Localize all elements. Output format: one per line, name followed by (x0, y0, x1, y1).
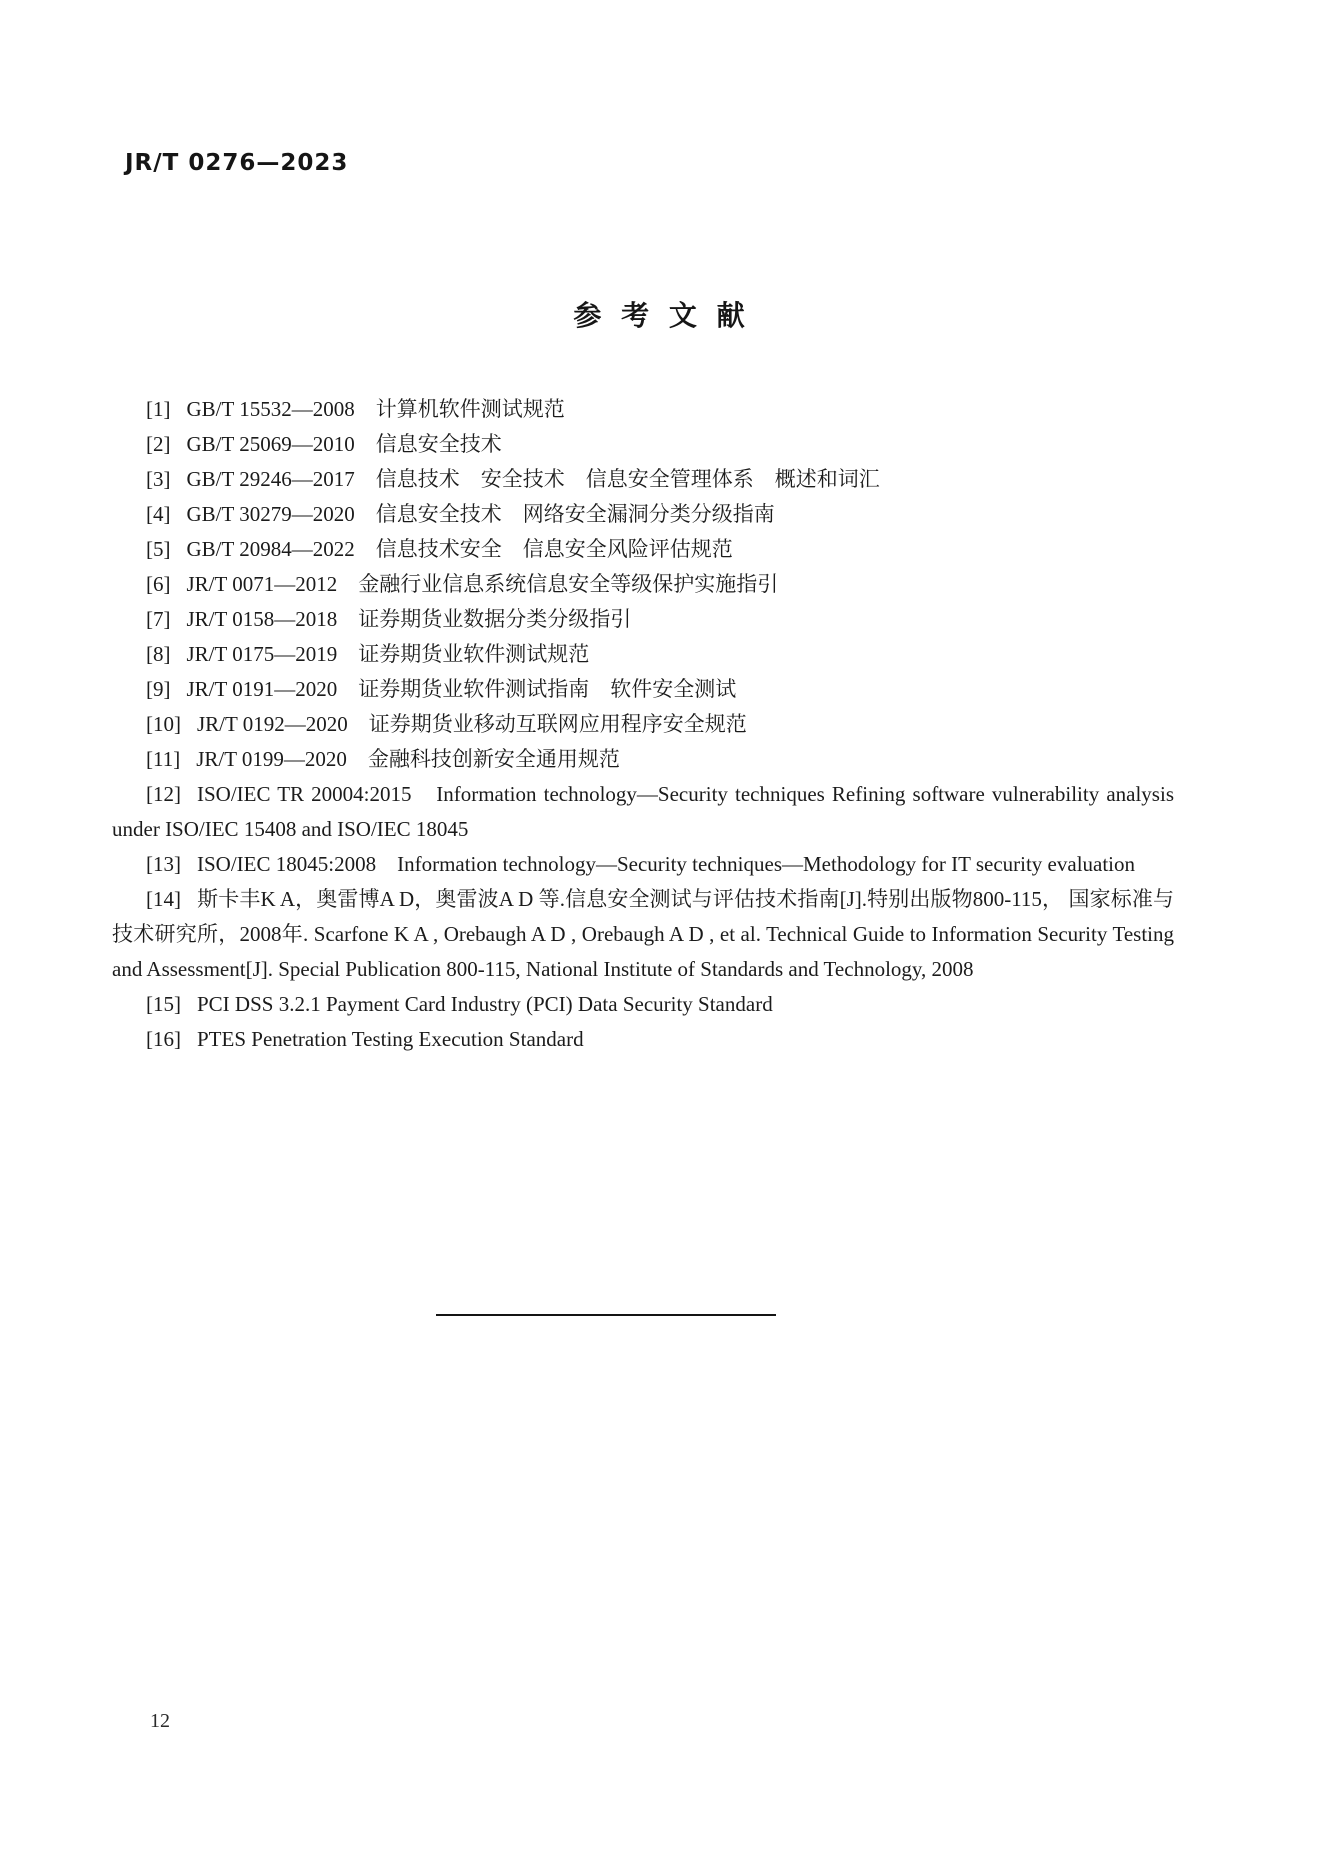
reference-label: [6] (146, 572, 171, 596)
reference-text: GB/T 29246—2017 信息技术 安全技术 信息安全管理体系 概述和词汇 (187, 467, 880, 491)
reference-label: [16] (146, 1027, 181, 1051)
reference-label: [15] (146, 992, 181, 1016)
reference-entry: [14]斯卡丰K A，奥雷博A D，奥雷波A D 等.信息安全测试与评估技术指南… (112, 882, 1174, 987)
standard-number-header: JR/T 0276—2023 (125, 150, 348, 176)
reference-text: JR/T 0158—2018 证券期货业数据分类分级指引 (187, 607, 632, 631)
reference-label: [13] (146, 852, 181, 876)
reference-label: [2] (146, 432, 171, 456)
reference-entry: [1]GB/T 15532—2008 计算机软件测试规范 (112, 392, 1174, 427)
reference-label: [8] (146, 642, 171, 666)
reference-label: [11] (146, 747, 180, 771)
reference-entry: [9]JR/T 0191—2020 证券期货业软件测试指南 软件安全测试 (112, 672, 1174, 707)
reference-label: [1] (146, 397, 171, 421)
reference-label: [7] (146, 607, 171, 631)
reference-label: [9] (146, 677, 171, 701)
reference-entry: [11]JR/T 0199—2020 金融科技创新安全通用规范 (112, 742, 1174, 777)
reference-entry: [6]JR/T 0071—2012 金融行业信息系统信息安全等级保护实施指引 (112, 567, 1174, 602)
reference-text: ISO/IEC 18045:2008 Information technolog… (197, 852, 1135, 876)
reference-text: PCI DSS 3.2.1 Payment Card Industry (PCI… (197, 992, 773, 1016)
document-page: JR/T 0276—2023 参 考 文 献 [1]GB/T 15532—200… (0, 0, 1323, 1871)
reference-text: GB/T 25069—2010 信息安全技术 (187, 432, 502, 456)
reference-entry: [2]GB/T 25069—2010 信息安全技术 (112, 427, 1174, 462)
end-of-document-divider (436, 1314, 776, 1316)
reference-list: [1]GB/T 15532—2008 计算机软件测试规范 [2]GB/T 250… (112, 392, 1174, 1057)
reference-label: [3] (146, 467, 171, 491)
reference-entry: [8]JR/T 0175—2019 证券期货业软件测试规范 (112, 637, 1174, 672)
reference-text: ISO/IEC TR 20004:2015 Information techno… (112, 782, 1174, 841)
reference-text: GB/T 20984—2022 信息技术安全 信息安全风险评估规范 (187, 537, 733, 561)
reference-label: [12] (146, 782, 181, 806)
reference-text: PTES Penetration Testing Execution Stand… (197, 1027, 584, 1051)
reference-entry: [16]PTES Penetration Testing Execution S… (112, 1022, 1174, 1057)
reference-entry: [5]GB/T 20984—2022 信息技术安全 信息安全风险评估规范 (112, 532, 1174, 567)
reference-entry: [12]ISO/IEC TR 20004:2015 Information te… (112, 777, 1174, 847)
page-number: 12 (150, 1710, 170, 1733)
reference-label: [4] (146, 502, 171, 526)
reference-label: [5] (146, 537, 171, 561)
reference-entry: [13]ISO/IEC 18045:2008 Information techn… (112, 847, 1174, 882)
reference-entry: [10]JR/T 0192—2020 证券期货业移动互联网应用程序安全规范 (112, 707, 1174, 742)
reference-label: [14] (146, 887, 181, 911)
reference-entry: [3]GB/T 29246—2017 信息技术 安全技术 信息安全管理体系 概述… (112, 462, 1174, 497)
reference-text: JR/T 0191—2020 证券期货业软件测试指南 软件安全测试 (187, 677, 737, 701)
reference-text: JR/T 0192—2020 证券期货业移动互联网应用程序安全规范 (197, 712, 747, 736)
page-title: 参 考 文 献 (0, 294, 1323, 334)
reference-text: 斯卡丰K A，奥雷博A D，奥雷波A D 等.信息安全测试与评估技术指南[J].… (112, 887, 1174, 981)
reference-label: [10] (146, 712, 181, 736)
reference-text: JR/T 0071—2012 金融行业信息系统信息安全等级保护实施指引 (187, 572, 779, 596)
reference-text: GB/T 30279—2020 信息安全技术 网络安全漏洞分类分级指南 (187, 502, 775, 526)
reference-text: JR/T 0175—2019 证券期货业软件测试规范 (187, 642, 590, 666)
reference-entry: [7]JR/T 0158—2018 证券期货业数据分类分级指引 (112, 602, 1174, 637)
reference-entry: [15]PCI DSS 3.2.1 Payment Card Industry … (112, 987, 1174, 1022)
reference-entry: [4]GB/T 30279—2020 信息安全技术 网络安全漏洞分类分级指南 (112, 497, 1174, 532)
reference-text: JR/T 0199—2020 金融科技创新安全通用规范 (196, 747, 620, 771)
reference-text: GB/T 15532—2008 计算机软件测试规范 (187, 397, 565, 421)
